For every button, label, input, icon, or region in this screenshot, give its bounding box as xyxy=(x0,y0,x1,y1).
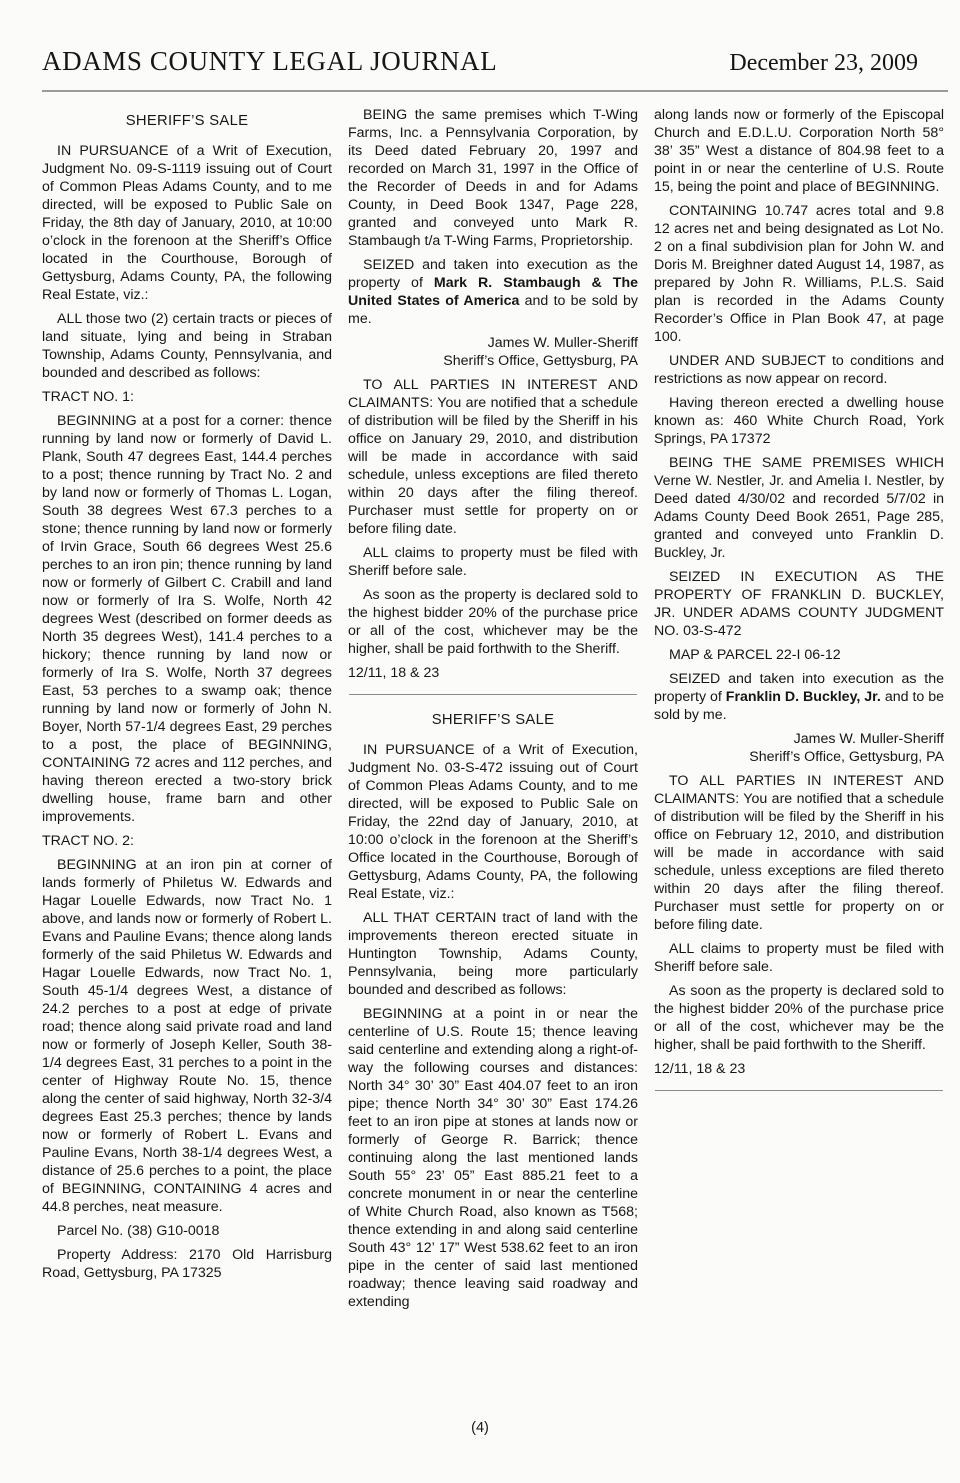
text-run: 12/11, 18 & 23 xyxy=(654,1061,745,1077)
writ-paragraph: IN PURSUANCE of a Writ of Execution, Jud… xyxy=(42,142,332,304)
tract-1-description: BEGINNING at a post for a corner: thence… xyxy=(42,412,332,826)
text-run: As soon as the property is declared sold… xyxy=(654,983,944,1053)
tract-1-label: TRACT NO. 1: xyxy=(42,388,332,406)
text-run: IN PURSUANCE of a Writ of Execution, Jud… xyxy=(42,143,332,303)
notice-heading: SHERIFF’S SALE xyxy=(42,112,332,130)
containing-paragraph: CONTAINING 10.747 acres total and 9.8 12… xyxy=(654,202,944,346)
text-run: SHERIFF’S SALE xyxy=(432,712,555,728)
same-premises-paragraph: BEING THE SAME PREMISES WHICH Verne W. N… xyxy=(654,454,944,562)
publication-dates: 12/11, 18 & 23 xyxy=(348,664,638,682)
column-1: SHERIFF’S SALEIN PURSUANCE of a Writ of … xyxy=(42,106,332,1422)
column-2: BEING the same premises which T-Wing Far… xyxy=(348,106,638,1422)
claims-notice: ALL claims to property must be filed wit… xyxy=(348,544,638,580)
subject-paragraph: UNDER AND SUBJECT to conditions and rest… xyxy=(654,352,944,388)
dwelling-paragraph: Having thereon erected a dwelling house … xyxy=(654,394,944,448)
text-run: BEING the same premises which T-Wing Far… xyxy=(348,107,638,249)
text-run: CONTAINING 10.747 acres total and 9.8 12… xyxy=(654,203,944,345)
premises-paragraph: BEING the same premises which T-Wing Far… xyxy=(348,106,638,250)
claims-notice: ALL claims to property must be filed wit… xyxy=(654,940,944,976)
text-run: BEING THE SAME PREMISES WHICH Verne W. N… xyxy=(654,455,944,561)
text-run: ALL THAT CERTAIN tract of land with the … xyxy=(348,910,638,998)
text-run: ALL claims to property must be filed wit… xyxy=(348,545,638,579)
map-parcel: MAP & PARCEL 22-I 06-12 xyxy=(654,646,944,664)
journal-title: ADAMS COUNTY LEGAL JOURNAL xyxy=(42,46,497,77)
text-run: Parcel No. (38) G10-0018 xyxy=(57,1223,219,1239)
seized-paragraph: SEIZED and taken into execution as the p… xyxy=(654,670,944,724)
text-run: ALL those two (2) certain tracts or piec… xyxy=(42,311,332,381)
column-3: along lands now or formerly of the Episc… xyxy=(654,106,944,1422)
property-intro-paragraph: ALL THAT CERTAIN tract of land with the … xyxy=(348,909,638,999)
header-rule xyxy=(42,90,948,92)
text-run: IN PURSUANCE of a Writ of Execution, Jud… xyxy=(348,742,638,902)
writ-paragraph: IN PURSUANCE of a Writ of Execution, Jud… xyxy=(348,741,638,903)
journal-page: ADAMS COUNTY LEGAL JOURNAL December 23, … xyxy=(0,0,960,1483)
text-run: TRACT NO. 1: xyxy=(42,389,134,405)
text-run: Property Address: 2170 Old Harrisburg Ro… xyxy=(42,1247,332,1281)
payment-notice: As soon as the property is declared sold… xyxy=(654,982,944,1054)
text-run: 12/11, 18 & 23 xyxy=(348,665,439,681)
text-run: As soon as the property is declared sold… xyxy=(348,587,638,657)
section-divider xyxy=(655,1090,943,1091)
text-run: along lands now or formerly of the Episc… xyxy=(654,107,944,195)
signature-line: James W. Muller-Sheriff xyxy=(348,334,638,352)
signature-line: Sheriff’s Office, Gettysburg, PA xyxy=(348,352,638,370)
parcel-number: Parcel No. (38) G10-0018 xyxy=(42,1222,332,1240)
metes-bounds-paragraph: BEGINNING at a point in or near the cent… xyxy=(348,1005,638,1311)
metes-bounds-continued: along lands now or formerly of the Episc… xyxy=(654,106,944,196)
masthead: ADAMS COUNTY LEGAL JOURNAL December 23, … xyxy=(42,46,944,77)
property-address: Property Address: 2170 Old Harrisburg Ro… xyxy=(42,1246,332,1282)
signature-line: Sheriff’s Office, Gettysburg, PA xyxy=(654,748,944,766)
text-run: TRACT NO. 2: xyxy=(42,833,134,849)
text-run: Having thereon erected a dwelling house … xyxy=(654,395,944,447)
issue-date: December 23, 2009 xyxy=(729,50,944,77)
text-run: BEGINNING at an iron pin at corner of la… xyxy=(42,857,332,1215)
seized-execution-paragraph: SEIZED IN EXECUTION AS THE PROPERTY OF F… xyxy=(654,568,944,640)
publication-dates: 12/11, 18 & 23 xyxy=(654,1060,944,1078)
tract-2-label: TRACT NO. 2: xyxy=(42,832,332,850)
tract-2-description: BEGINNING at an iron pin at corner of la… xyxy=(42,856,332,1216)
page-number: (4) xyxy=(0,1420,960,1436)
column-layout: SHERIFF’S SALEIN PURSUANCE of a Writ of … xyxy=(42,106,944,1422)
text-run: BEGINNING at a post for a corner: thence… xyxy=(42,413,332,825)
text-run: UNDER AND SUBJECT to conditions and rest… xyxy=(654,353,944,387)
payment-notice: As soon as the property is declared sold… xyxy=(348,586,638,658)
section-divider xyxy=(349,694,637,695)
sheriff-signature: James W. Muller-SheriffSheriff’s Office,… xyxy=(348,334,638,370)
text-run: SEIZED IN EXECUTION AS THE PROPERTY OF F… xyxy=(654,569,944,639)
tracts-intro-paragraph: ALL those two (2) certain tracts or piec… xyxy=(42,310,332,382)
text-run: TO ALL PARTIES IN INTEREST AND CLAIMANTS… xyxy=(348,377,638,537)
defendant-name: Franklin D. Buckley, Jr. xyxy=(726,689,881,705)
claimants-notice: TO ALL PARTIES IN INTEREST AND CLAIMANTS… xyxy=(654,772,944,934)
text-run: TO ALL PARTIES IN INTEREST AND CLAIMANTS… xyxy=(654,773,944,933)
text-run: ALL claims to property must be filed wit… xyxy=(654,941,944,975)
seized-paragraph: SEIZED and taken into execution as the p… xyxy=(348,256,638,328)
sheriff-signature: James W. Muller-SheriffSheriff’s Office,… xyxy=(654,730,944,766)
text-run: BEGINNING at a point in or near the cent… xyxy=(348,1006,638,1310)
signature-line: James W. Muller-Sheriff xyxy=(654,730,944,748)
claimants-notice: TO ALL PARTIES IN INTEREST AND CLAIMANTS… xyxy=(348,376,638,538)
notice-heading: SHERIFF’S SALE xyxy=(348,711,638,729)
text-run: MAP & PARCEL 22-I 06-12 xyxy=(669,647,841,663)
text-run: SHERIFF’S SALE xyxy=(126,113,249,129)
